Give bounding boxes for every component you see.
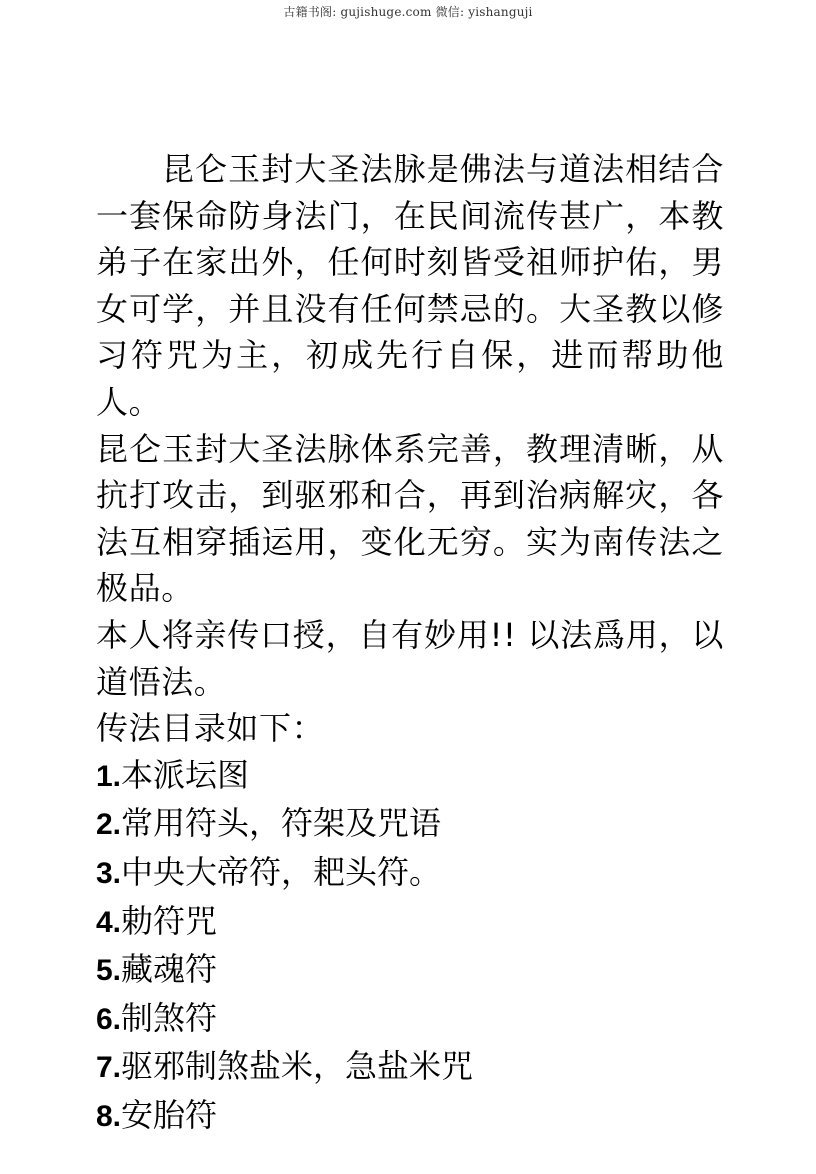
toc-item-label: 藏魂符: [121, 950, 217, 988]
toc-item-number: 6.: [96, 1003, 121, 1036]
toc-item-label: 制煞符: [121, 999, 217, 1037]
toc-item: 5.藏魂符: [96, 946, 724, 995]
toc-item: 3.中央大帝符，耙头符。: [96, 849, 724, 898]
paragraph-intro: 昆仑玉封大圣法脉是佛法与道法相结合一套保命防身法门，在民间流传甚广，本教弟子在家…: [96, 146, 724, 426]
toc-item-number: 1.: [96, 760, 121, 793]
toc-item-number: 3.: [96, 857, 121, 890]
toc-item: 4.勅符咒: [96, 898, 724, 947]
toc-item-label: 中央大帝符，耙头符。: [121, 853, 441, 891]
toc-item-label: 安胎符: [121, 1096, 217, 1134]
paragraph-toc-heading: 传法目录如下：: [96, 705, 724, 752]
paragraph-system: 昆仑玉封大圣法脉体系完善，教理清晰，从抗打攻击，到驱邪和合，再到治病解灾，各法互…: [96, 426, 724, 612]
toc-item-number: 4.: [96, 906, 121, 939]
toc-item-number: 2.: [96, 808, 121, 841]
toc-item-number: 7.: [96, 1051, 121, 1084]
toc-item-label: 勅符咒: [121, 902, 217, 940]
toc-item: 1.本派坛图: [96, 752, 724, 801]
toc-item: 2.常用符头，符架及咒语: [96, 800, 724, 849]
toc-item-number: 5.: [96, 954, 121, 987]
document-body: 昆仑玉封大圣法脉是佛法与道法相结合一套保命防身法门，在民间流传甚广，本教弟子在家…: [96, 146, 724, 1140]
toc-item-label: 常用符头，符架及咒语: [121, 804, 441, 842]
table-of-contents: 1.本派坛图 2.常用符头，符架及咒语 3.中央大帝符，耙头符。 4.勅符咒 5…: [96, 752, 724, 1141]
toc-item: 7.驱邪制煞盐米，急盐米咒: [96, 1043, 724, 1092]
toc-item-label: 驱邪制煞盐米，急盐米咒: [121, 1047, 473, 1085]
toc-item: 6.制煞符: [96, 995, 724, 1044]
toc-item: 8.安胎符: [96, 1092, 724, 1141]
toc-item-label: 本派坛图: [121, 756, 249, 794]
toc-item-number: 8.: [96, 1100, 121, 1133]
header-watermark: 古籍书阁: gujishuge.com 微信: yishanguji: [0, 3, 816, 20]
paragraph-teaching: 本人将亲传口授，自有妙用!! 以法爲用，以道悟法。: [96, 612, 724, 705]
